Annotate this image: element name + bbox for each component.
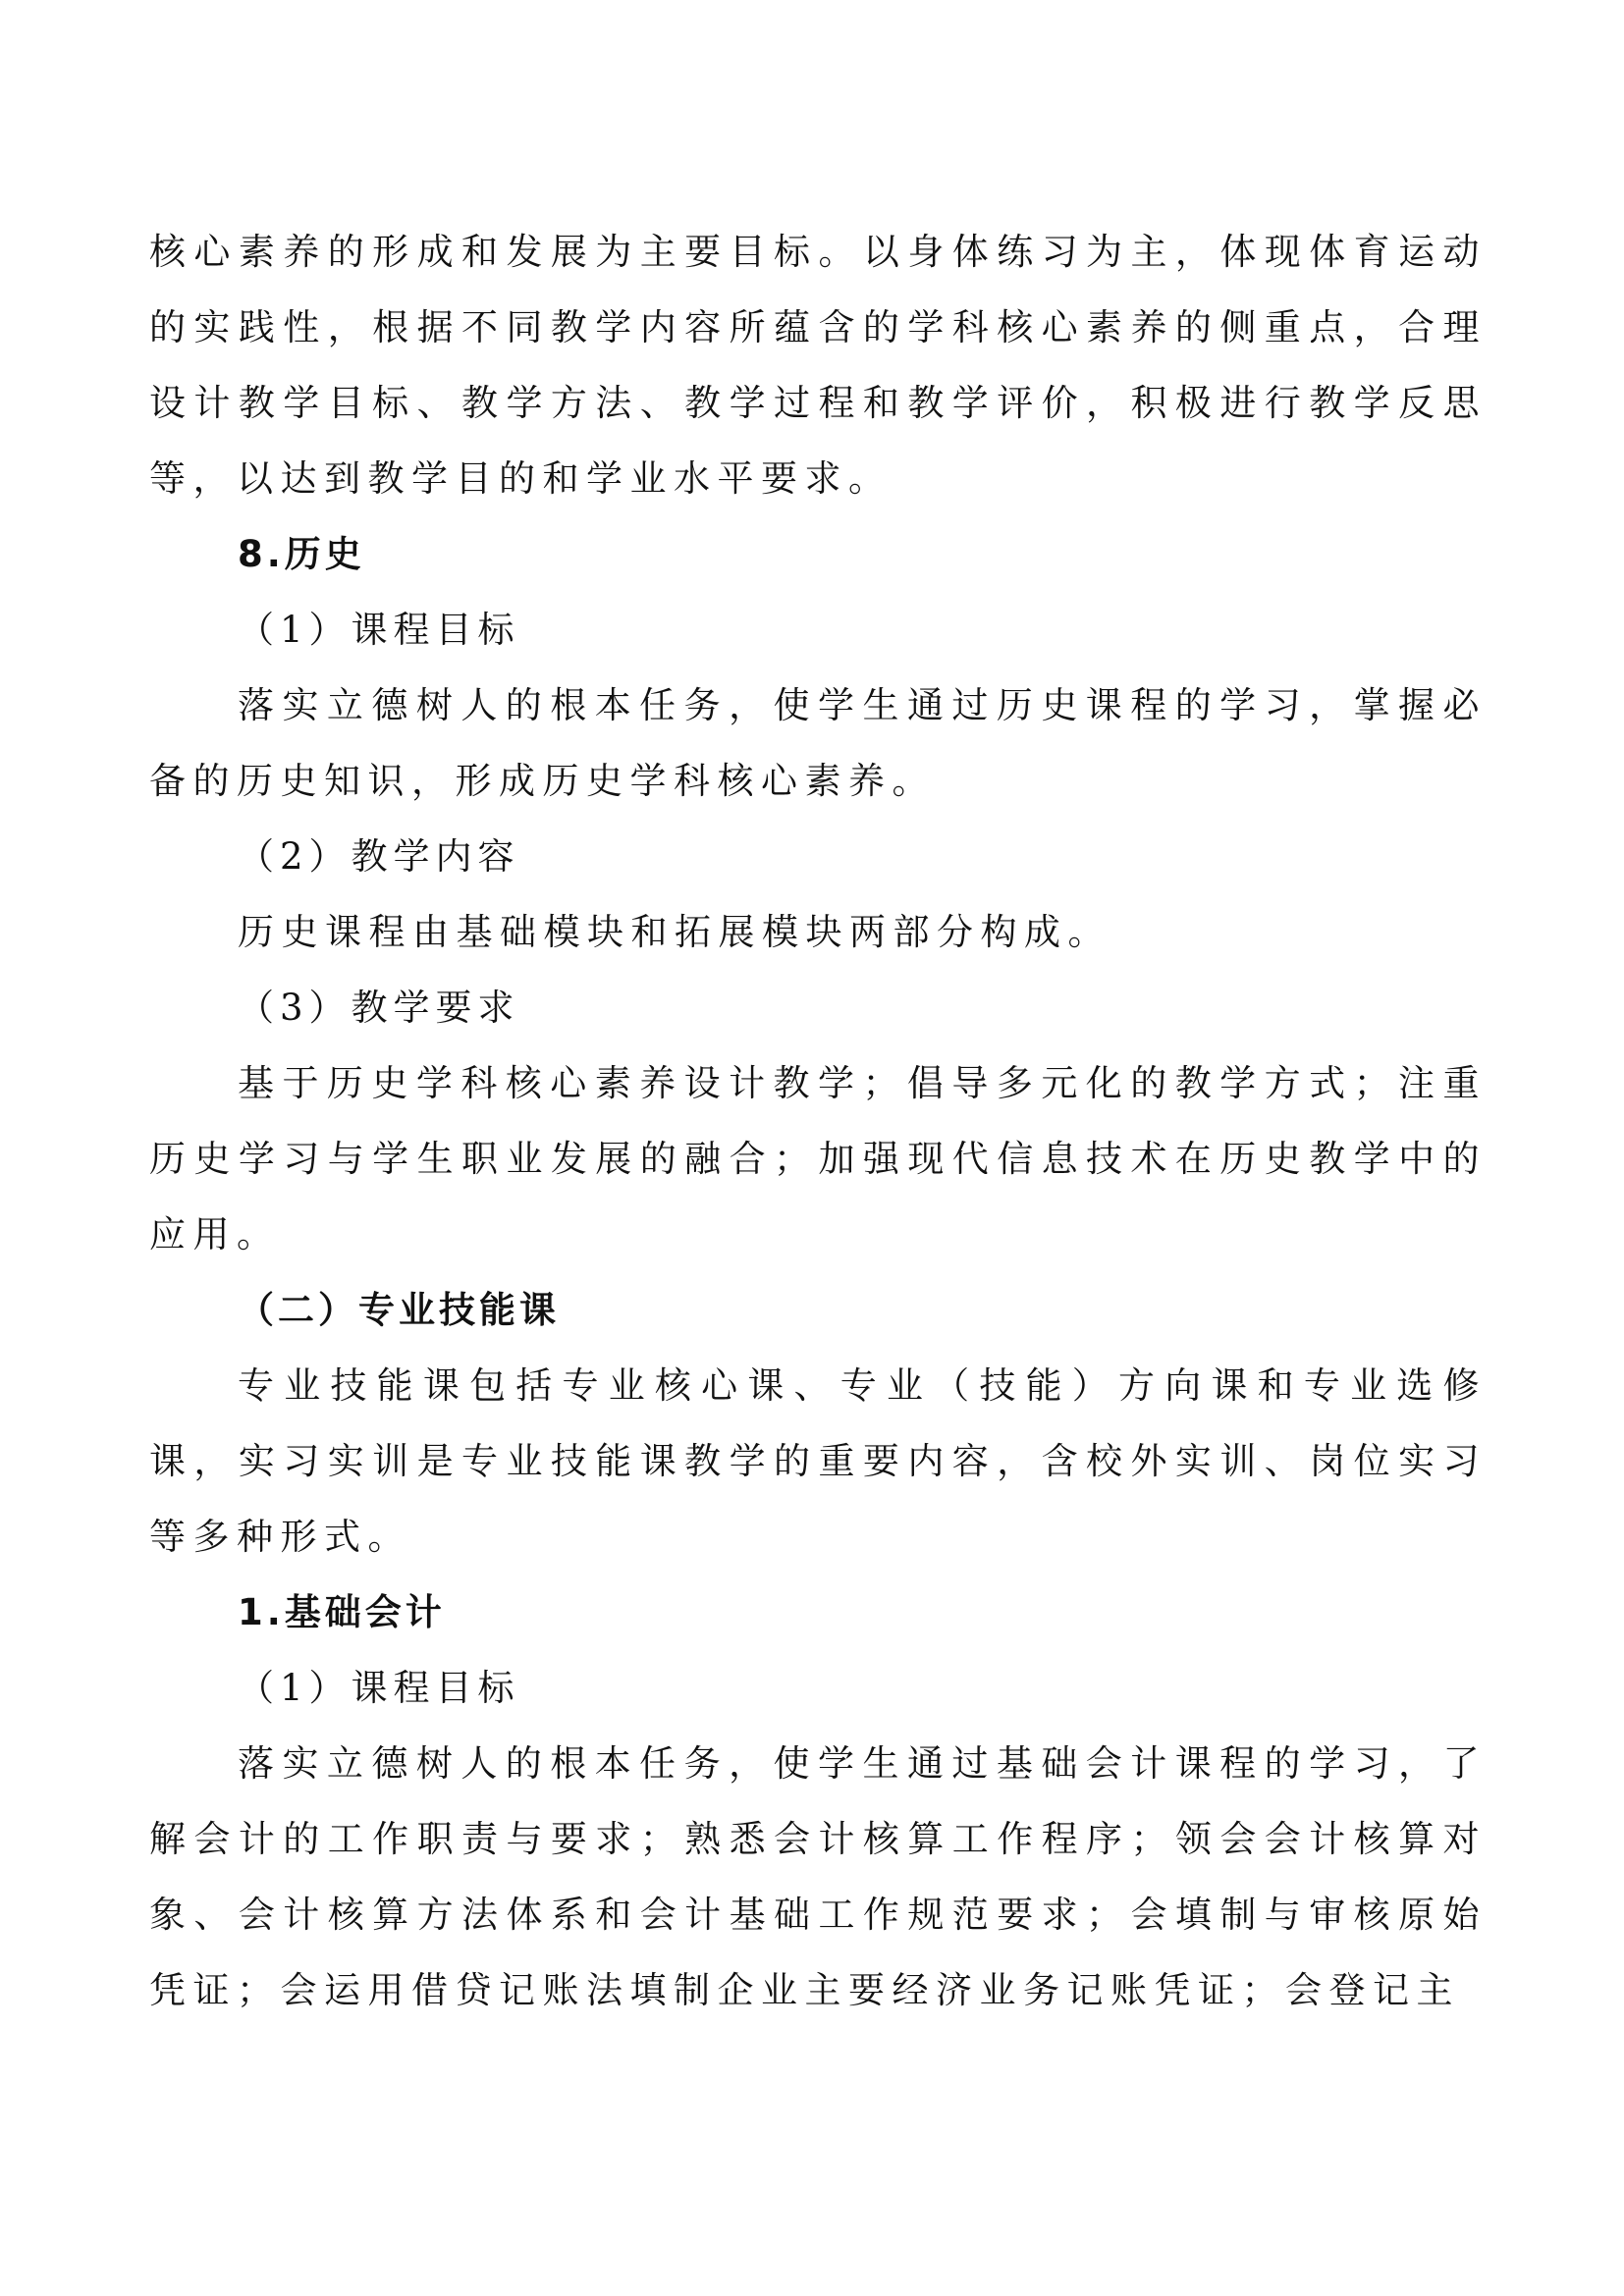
subheading-history-course-goal: （1）课程目标 [149,592,1487,667]
document-page: 核心素养的形成和发展为主要目标。以身体练习为主，体现体育运动的实践性，根据不同教… [149,214,1487,2028]
paragraph-accounting-course-goal: 落实立德树人的根本任务，使学生通过基础会计课程的学习，了解会计的工作职责与要求；… [149,1726,1487,2028]
subheading-accounting-course-goal: （1）课程目标 [149,1650,1487,1726]
heading-history: 8.历史 [149,516,1487,592]
subheading-history-teaching-content: （2）教学内容 [149,819,1487,894]
paragraph-history-teaching-content: 历史课程由基础模块和拓展模块两部分构成。 [149,894,1487,970]
paragraph-pe-teaching-requirements-cont: 核心素养的形成和发展为主要目标。以身体练习为主，体现体育运动的实践性，根据不同教… [149,214,1487,516]
paragraph-history-teaching-requirements: 基于历史学科核心素养设计教学；倡导多元化的教学方式；注重历史学习与学生职业发展的… [149,1045,1487,1272]
heading-basic-accounting: 1.基础会计 [149,1575,1487,1650]
subheading-history-teaching-requirements: （3）教学要求 [149,970,1487,1045]
heading-professional-skills-courses: （二）专业技能课 [149,1272,1487,1348]
paragraph-history-course-goal: 落实立德树人的根本任务，使学生通过历史课程的学习，掌握必备的历史知识，形成历史学… [149,667,1487,819]
paragraph-professional-skills-courses: 专业技能课包括专业核心课、专业（技能）方向课和专业选修课，实习实训是专业技能课教… [149,1348,1487,1575]
